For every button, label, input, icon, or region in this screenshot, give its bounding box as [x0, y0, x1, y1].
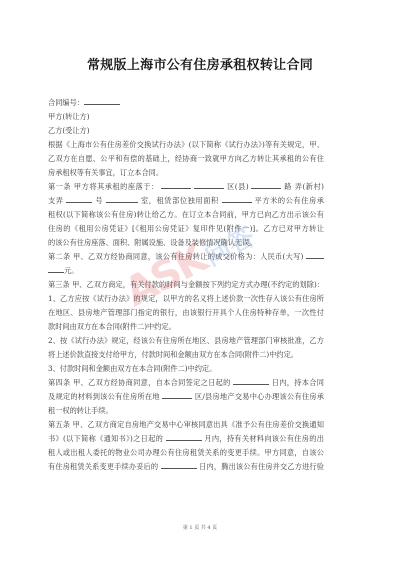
- contract-number-line: 合同编号：: [48, 96, 324, 110]
- article-2-text: 元。: [64, 266, 78, 275]
- article-1-text: 路 弄(新村): [284, 182, 324, 191]
- article-3-item-1-line-3: 款时间由双方在本合同(附件二)中约定。: [48, 320, 324, 334]
- article-5-line-2: 书》(以下简称《通知书》)之日起的 月内，持有关材料向该公有住房的出: [48, 432, 324, 446]
- blank-field: [166, 433, 202, 441]
- article-3-item-3: 3、付款时间和金额由双方在本合同(附件二)中约定。: [48, 362, 324, 376]
- article-3-item-1-line-2: 在地区、县房地产管理部门指定的银行，由该银行开具个人住房特种存单，一次性付: [48, 306, 324, 320]
- contract-number-label: 合同编号：: [48, 98, 84, 107]
- article-1-text: 室，租赁部位独用面积: [141, 196, 219, 205]
- article-5-line-3: 租人或出租人委托的物业公司办理公有住房租赁关系的变更手续。甲方同意，自该公: [48, 446, 324, 460]
- article-1-text: 区(县): [227, 182, 249, 191]
- article-4-line-1: 第四条 甲、乙双方经协商同意，自本合同签定之日起的 日内，持本合同: [48, 376, 324, 390]
- blank-field: [106, 195, 138, 203]
- article-1-line-4: 住房的《租用公房凭证》[《租用公房凭证》复印件见(附件一)]。乙方已对甲方转让: [48, 222, 324, 236]
- article-2-line-2: 元。: [48, 264, 324, 278]
- article-1-line-3: 租权(以下简称该公有住房)转让给乙方。在订立本合同前，甲方已向乙方出示该公有: [48, 208, 324, 222]
- article-5-line-1: 第五条 甲、乙双方商定自房地产交易中心审核同意出具《准予公有住房差价交换通知: [48, 418, 324, 432]
- blank-field: [306, 251, 324, 259]
- article-1-text: 平方米的公有住房承: [255, 196, 324, 205]
- document-title: 常规版上海市公有住房承租权转让合同: [0, 54, 400, 73]
- contract-number-blank: [84, 97, 120, 105]
- article-4-text: 第四条 甲、乙双方经协商同意，自本合同签定之日起的: [48, 378, 231, 387]
- blank-field: [194, 181, 224, 189]
- article-3-item-2-line-2: 将上述价款直接支付给甲方，付款时间和金额由双方在本合同(附件二)中约定。: [48, 348, 324, 362]
- blank-field: [66, 195, 92, 203]
- blank-field: [161, 181, 191, 189]
- article-2-text: 第二条 甲、乙双方经协商同意，该公有住房转让的成交价格为：人民币(大写): [48, 252, 303, 261]
- article-1-text: 号: [95, 196, 103, 205]
- party-a-label: 甲方(转让方): [48, 110, 324, 124]
- blank-field: [251, 181, 281, 189]
- article-3-intro: 第三条 甲、乙双方商定，有关付款的时间与金额按下列约定方式办理(不约定的划除)：: [48, 278, 324, 292]
- blank-field: [161, 461, 197, 469]
- blank-field: [233, 377, 269, 385]
- article-4-text: 及规定的材料到该公有住房所在地: [48, 392, 160, 401]
- article-4-line-3: 租一权的转让手续。: [48, 404, 324, 418]
- article-4-text: 日内，持本合同: [272, 378, 324, 387]
- party-b-label: 乙方(受让方): [48, 124, 324, 138]
- article-5-text: 日内，腾出该公有住房并交乙方进行验: [199, 462, 324, 471]
- preamble-line-2: 乙双方在自愿、公平和有偿的基础上，经协商一致就甲方向乙方转让其承租的公有住: [48, 152, 324, 166]
- preamble-line-3: 房承租权等有关事宜，订立本合同。: [48, 166, 324, 180]
- document-page: 常规版上海市公有住房承租权转让合同 合同编号： 甲方(转让方) 乙方(受让方) …: [0, 0, 400, 565]
- article-2-line-1: 第二条 甲、乙双方经协商同意，该公有住房转让的成交价格为：人民币(大写): [48, 250, 324, 264]
- blank-field: [162, 391, 192, 399]
- article-1-text: 支弄: [48, 196, 64, 205]
- page-footer: 第 1 页 共 4 页: [0, 524, 400, 531]
- blank-field: [222, 195, 252, 203]
- article-1-text: 第一条 甲方将其承租的座落于：: [48, 182, 159, 191]
- article-4-line-2: 及规定的材料到该公有住房所在地 区/县房地产交易中心办理该公有住房承: [48, 390, 324, 404]
- article-5-text: 月内，持有关材料向该公有住房的出: [204, 434, 324, 443]
- article-5-line-4: 有住房租赁关系变更手续办妥后的 日内，腾出该公有住房并交乙方进行验: [48, 460, 324, 474]
- blank-field: [48, 265, 64, 273]
- article-5-text: 有住房租赁关系变更手续办妥后的: [48, 462, 158, 471]
- preamble-line-1: 根据《上海市公有住房差价交换试行办法》(以下简称《试行办法》)等有关规定，甲、: [48, 138, 324, 152]
- article-4-text: 区/县房地产交易中心办理该公有住房承: [195, 392, 324, 401]
- document-body: 合同编号： 甲方(转让方) 乙方(受让方) 根据《上海市公有住房差价交换试行办法…: [48, 96, 324, 474]
- article-1-line-2: 支弄 号 室，租赁部位独用面积 平方米的公有住房承: [48, 194, 324, 208]
- article-3-item-1-line-1: 1、乙方应按《试行办法》的规定，以甲方的名义将上述价款一次性存入该公有住房所: [48, 292, 324, 306]
- article-5-text: 书》(以下简称《通知书》)之日起的: [48, 434, 163, 443]
- article-3-item-2-line-1: 2、按《试行办法》规定，经该公有住房所在地区、县房地产管理部门审核批准，乙方: [48, 334, 324, 348]
- article-1-line-5: 的该公有住房座落、面积、附属设施、设备及装修情况确认无误。: [48, 236, 324, 250]
- article-1-line-1: 第一条 甲方将其承租的座落于： 区(县) 路 弄(新村): [48, 180, 324, 194]
